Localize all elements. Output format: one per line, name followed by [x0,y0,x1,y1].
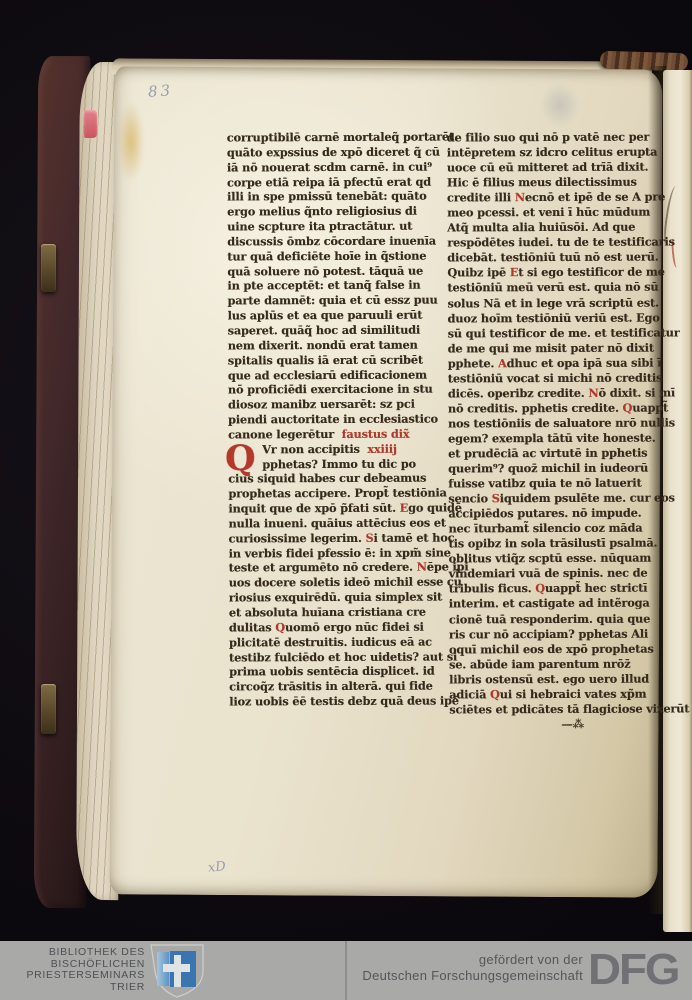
rubricated-initial: Q [225,444,256,474]
manuscript-line: corruptibilē carnē mortaleq̃ portarēt. [227,130,439,146]
manuscript-line: sciētes et pdicātes tā flagiciose vixerū… [449,701,657,717]
manuscript-line: nō proficiēdi exercitacione in stu [228,382,440,398]
manuscript-line: respōdētes iudei. tu de te testificaris [447,235,655,251]
manuscript-line: in verbis fidei pfessio ē: in xpm̃ sine [229,545,441,561]
manuscript-line: parte damnēt: quia et cū essz puu [227,293,439,309]
manuscript-line: meo pcessi. et veni ī hūc mūdum [447,205,655,221]
manuscript-line: tribulis ficus. Quappt̃ hec strictī [449,581,657,597]
manuscript-line: de me qui me misit pater nō dixit [448,340,656,356]
manuscript-line: duoz hoīm testiōniū veriū est. Ego [447,310,655,326]
text-column-left: corruptibilē carnē mortaleq̃ portarēt.qu… [227,130,442,710]
dfg-caption-line1: gefördert von der [350,952,583,968]
manuscript-line: solus Nā et in lege vrā scriptū est. [447,295,655,311]
manuscript-line: prophetas accipere. Propt̃ testiōnia [228,486,440,502]
manuscript-line: et prudēciā ac virtutē in pphetis [448,446,656,462]
manuscript-line: ris cur nō accipiam? pphetas Ali [449,626,657,642]
manuscript-line: lioz uobis ēē testis debz quā deus ipē [229,694,441,710]
manuscript-line: nos testiōniis de saluatore nrō nullis [448,415,656,431]
manuscript-line: Quibz ipē Et si ego testificor de me [447,265,655,281]
manuscript-line: se. abūde iam parentum nrōz̄ [449,656,657,672]
library-name-line3: PRIESTERSEMINARS TRIER [2,970,145,993]
library-name: BIBLIOTHEK DES BISCHÖFLICHEN PRIESTERSEM… [2,947,145,993]
manuscript-line: oblitus vtiq̃z scptū esse. nūquam [449,551,657,567]
manuscript-line: dicebāt. testiōniū tuū nō est uerū. [447,250,655,266]
text-column-right: de filio suo qui nō p vatē nec perintēpr… [447,130,658,733]
banner-seam [345,941,347,1000]
page-marker-tab [84,110,97,138]
dfg-logo: DFG [588,944,692,996]
manuscript-line: tis opibz in sola trāsilustī psalmā. [448,536,656,552]
manuscript-line: plicitatē destruitis. iudicus eā ac [229,634,441,650]
manuscript-line: Vr non accipitis xxiiij [228,441,440,457]
manuscript-line: in pte acceptēt: et tanq̃ false in [227,278,439,294]
manuscript-line: tur quā deficiēte hoīe in q̃stione [227,248,439,264]
manuscript-line: prima uobis sentēcia displicet. id [229,664,441,680]
manuscript-line: lus aplūs et ea que paruuli erūt [228,308,440,324]
manuscript-line: libris ostensū est. ego uero illud [449,671,657,687]
manuscript-line: iā nō nouerat scdm carnē. in cui⁹ [227,159,439,175]
manuscript-line: nem dixerit. nondū erat tamen [228,337,440,353]
manuscript-line: quā soluere nō potest. tāquā ue [227,263,439,279]
manuscript-line: illi in spe pmissū tenebāt: quāto [227,189,439,205]
manuscript-line: nec īturbamt̃ silencio coz māda [448,521,656,537]
manuscript-line: testibz fulciēdo et hoc uidetis? aut si [229,649,441,665]
manuscript-line: de filio suo qui nō p vatē nec per [447,130,655,146]
manuscript-line: inquit que de xpō p̃fati sūt. Ego quidē [228,501,440,517]
manuscript-line: cionē tuā responderim. quia que [449,611,657,627]
manuscript-line: saperet. quāq̃ hoc ad similitudi [228,323,440,339]
manuscript-line: cius siquid habes cur debeamus [228,471,440,487]
manuscript-line: Hic ē filius meus dilectissimus [447,175,655,191]
manuscript-line: intēpretem sz idcro celitus erupta [447,145,655,161]
manuscript-line: piendi auctoritate in ecclesiastico [228,412,440,428]
library-name-line1: BIBLIOTHEK DES [2,947,145,959]
manuscript-line: fuisse vatibz quia te nō latuerit [448,476,656,492]
parchment-stain [118,102,144,182]
book-clasp-bottom [41,684,56,734]
manuscript-line: nō creditis. pphetis credite. Quappt̃ [448,400,656,416]
manuscript-line: canone legerētur faustus dix̃ [228,426,440,442]
manuscript-line: oquī michil eos de xpō prophetas [449,641,657,657]
manuscript-line: interim. et castigate ad intẽroga [449,596,657,612]
manuscript-line: nulla inueni. quāius attēcius eos et [228,515,440,531]
manuscript-line: et absoluta huīana cristiana cre [229,605,441,621]
manuscript-line: uos docere soletis ideō michil esse cu [229,575,441,591]
pencil-note: xD [207,859,226,876]
dfg-caption: gefördert von der Deutschen Forschungsge… [350,952,583,984]
manuscript-line: dulitas Quomō ergo nūc fidei si [229,619,441,635]
manuscript-line: vindemiari vuā de spinis. nec de [449,566,657,582]
manuscript-line: sū qui testificor de me. et testificatur [448,325,656,341]
manuscript-line: spitalis qualis iā erat cū scribēt [228,352,440,368]
manuscript-line: dicēs. operibz credite. Nō dixit. si mī [448,385,656,401]
manuscript-line: ergo melius q̃nto religiosius di [227,204,439,220]
manuscript-line: pphetas? Immo tu dic po [228,456,440,472]
manuscript-line: querim⁹? quoz̄ michil in iudeorū [448,461,656,477]
manuscript-line: uoce cū eū mitteret ad trīā dixit. [447,160,655,176]
manuscript-line: corpe etiā reipa iā pfectū erat qd [227,174,439,190]
manuscript-line: teste et argumēto nō credere. Nēpe ipi [229,560,441,576]
manuscript-line: Atq̃ multa alia huiūsōi. Ad que [447,220,655,236]
library-logo-shield-cross-icon [147,941,211,1000]
manuscript-line: egem? exempla tātū vite honeste. [448,430,656,446]
book-clasp-top [41,244,56,292]
manuscript-line: testiōniū meū verū est. quia nō sū [447,280,655,296]
manuscript-line: credite illi Necnō et ipē de se A pre [447,190,655,206]
ink-bleedthrough-mark [540,82,580,128]
manuscript-line: discussis ōmbz cōcordare inuenīa [227,233,439,249]
manuscript-line: sencio Siquidem psulēte me. cur eos [448,491,656,507]
manuscript-line: adiciā Qui si hebraici vates xp̃m [449,686,657,702]
manuscript-line: curiosissime legerim. Si tamē et hoc [228,530,440,546]
manuscript-line: —⁂ [449,716,657,732]
dfg-caption-line2: Deutschen Forschungsgemeinschaft [350,968,583,984]
pencil-folio-number: 83 [147,81,173,101]
manuscript-line: accipiēdos putares. nō impude. [448,506,656,522]
manuscript-line: quāto expssius de xpō diceret q̃ cū [227,144,439,160]
manuscript-line: diosoz manibz uersarēt: sz pci [228,397,440,413]
manuscript-line: testiōniū vocat si michi nō creditis [448,370,656,386]
photo-background: 83 xD corruptibilē carnē mortaleq̃ porta… [0,0,692,1000]
manuscript-line: pphete. Adhuc et opa ipā sua sibi ī [448,355,656,371]
manuscript-line: uine scpture ita ptractātur. ut [227,219,439,235]
manuscript-line: que ad ecclesiarū edificacionem [228,367,440,383]
headband [600,51,688,71]
manuscript-line: riosius exquirēdū. quia simplex sit [229,590,441,606]
manuscript-line: circoq̃z trāsitis in alterā. qui fide [229,679,441,695]
